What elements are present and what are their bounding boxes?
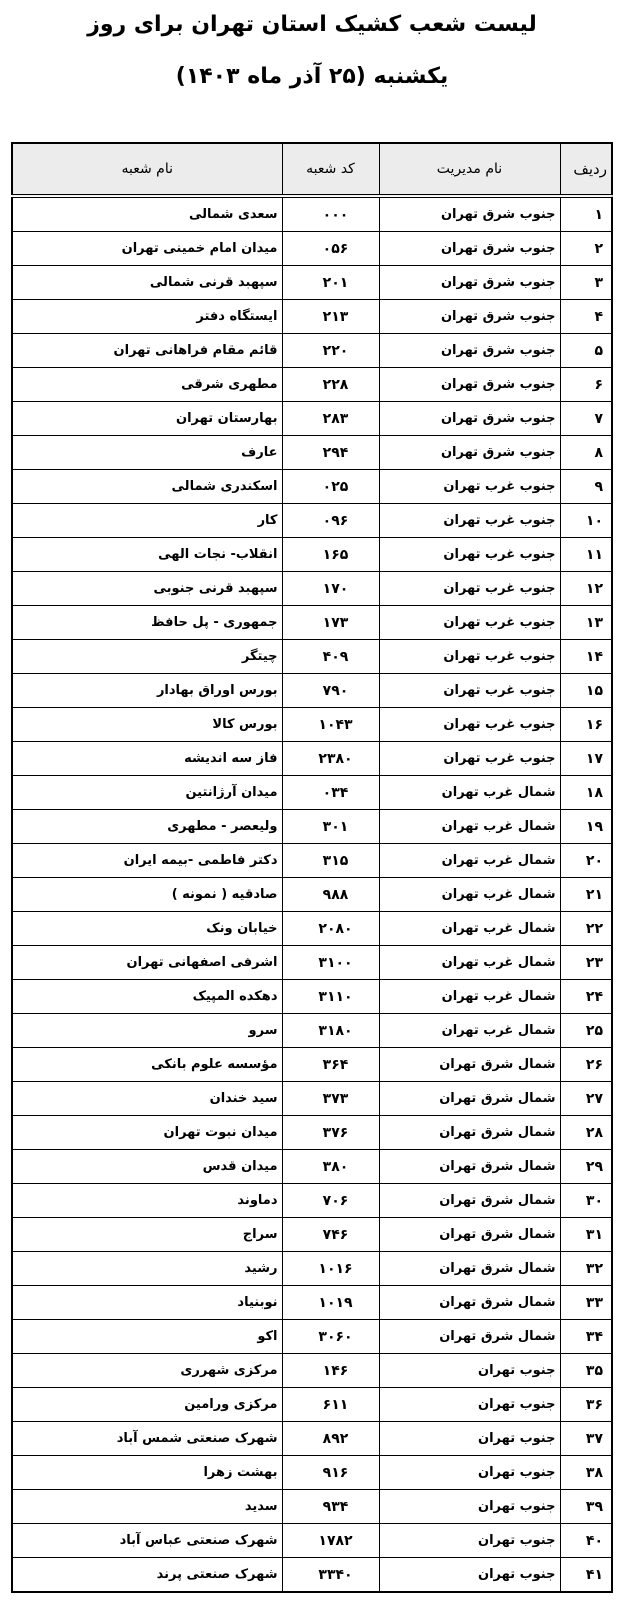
row-branch-name: اشرفی اصفهانی تهران bbox=[12, 946, 282, 980]
row-index: ۳۹ bbox=[560, 1490, 612, 1524]
row-management: جنوب غرب تهران bbox=[379, 674, 560, 708]
row-index: ۲ bbox=[560, 232, 612, 266]
row-management: جنوب شرق تهران bbox=[379, 300, 560, 334]
row-branch-name: مؤسسه علوم بانکی bbox=[12, 1048, 282, 1082]
row-management: شمال شرق تهران bbox=[379, 1184, 560, 1218]
table-row: ۶جنوب شرق تهران۲۲۸مطهری شرقی bbox=[12, 368, 612, 402]
row-index: ۲۹ bbox=[560, 1150, 612, 1184]
row-index: ۶ bbox=[560, 368, 612, 402]
table-row: ۱۱جنوب غرب تهران۱۶۵انقلاب- نجات الهی bbox=[12, 538, 612, 572]
row-branch-code: ۱۰۴۳ bbox=[282, 708, 379, 742]
row-management: شمال غرب تهران bbox=[379, 776, 560, 810]
row-index: ۱۳ bbox=[560, 606, 612, 640]
row-branch-name: خیابان ونک bbox=[12, 912, 282, 946]
row-branch-code: ۳۱۱۰ bbox=[282, 980, 379, 1014]
table-row: ۲۱شمال غرب تهران۹۸۸صادقیه ( نمونه ) bbox=[12, 878, 612, 912]
row-branch-code: ۳۶۴ bbox=[282, 1048, 379, 1082]
table-row: ۱۶جنوب غرب تهران۱۰۴۳بورس کالا bbox=[12, 708, 612, 742]
row-branch-name: مرکزی شهرری bbox=[12, 1354, 282, 1388]
table-row: ۷جنوب شرق تهران۲۸۳بهارستان تهران bbox=[12, 402, 612, 436]
row-index: ۲۰ bbox=[560, 844, 612, 878]
header-management: نام مدیریت bbox=[379, 143, 560, 196]
row-management: شمال غرب تهران bbox=[379, 810, 560, 844]
document-title: لیست شعب کشیک استان تهران برای روز bbox=[0, 10, 624, 40]
row-index: ۱۴ bbox=[560, 640, 612, 674]
row-branch-code: ۳۱۰۰ bbox=[282, 946, 379, 980]
row-branch-name: جمهوری - پل حافظ bbox=[12, 606, 282, 640]
row-management: شمال شرق تهران bbox=[379, 1286, 560, 1320]
header-branch-code: کد شعبه bbox=[282, 143, 379, 196]
row-management: جنوب تهران bbox=[379, 1558, 560, 1593]
table-row: ۳۶جنوب تهران۶۱۱مرکزی ورامین bbox=[12, 1388, 612, 1422]
row-index: ۳۶ bbox=[560, 1388, 612, 1422]
row-branch-name: مطهری شرقی bbox=[12, 368, 282, 402]
row-index: ۳۲ bbox=[560, 1252, 612, 1286]
row-branch-name: سید خندان bbox=[12, 1082, 282, 1116]
row-branch-name: مرکزی ورامین bbox=[12, 1388, 282, 1422]
row-management: جنوب غرب تهران bbox=[379, 470, 560, 504]
row-index: ۸ bbox=[560, 436, 612, 470]
row-branch-name: بهشت زهرا bbox=[12, 1456, 282, 1490]
row-branch-code: ۳۱۸۰ bbox=[282, 1014, 379, 1048]
row-branch-name: سدید bbox=[12, 1490, 282, 1524]
row-branch-name: فاز سه اندیشه bbox=[12, 742, 282, 776]
row-branch-name: میدان امام خمینی تهران bbox=[12, 232, 282, 266]
table-row: ۲۵شمال غرب تهران۳۱۸۰سرو bbox=[12, 1014, 612, 1048]
table-body: ۱جنوب شرق تهران۰۰۰سعدی شمالی۲جنوب شرق ته… bbox=[12, 196, 612, 1592]
row-management: جنوب غرب تهران bbox=[379, 606, 560, 640]
row-index: ۳۷ bbox=[560, 1422, 612, 1456]
row-branch-name: دهکده المپیک bbox=[12, 980, 282, 1014]
row-management: شمال شرق تهران bbox=[379, 1048, 560, 1082]
row-management: شمال شرق تهران bbox=[379, 1252, 560, 1286]
row-branch-name: قائم مقام فراهانی تهران bbox=[12, 334, 282, 368]
row-index: ۱۶ bbox=[560, 708, 612, 742]
table-row: ۲۷شمال شرق تهران۳۷۳سید خندان bbox=[12, 1082, 612, 1116]
row-branch-code: ۲۲۰ bbox=[282, 334, 379, 368]
row-branch-code: ۷۹۰ bbox=[282, 674, 379, 708]
row-management: شمال شرق تهران bbox=[379, 1116, 560, 1150]
row-index: ۱۲ bbox=[560, 572, 612, 606]
row-branch-name: میدان آرژانتین bbox=[12, 776, 282, 810]
header-index: ردیف bbox=[560, 143, 612, 196]
row-branch-code: ۷۰۶ bbox=[282, 1184, 379, 1218]
row-management: جنوب تهران bbox=[379, 1422, 560, 1456]
row-management: جنوب شرق تهران bbox=[379, 232, 560, 266]
row-branch-code: ۰۰۰ bbox=[282, 196, 379, 232]
table-row: ۸جنوب شرق تهران۲۹۴عارف bbox=[12, 436, 612, 470]
row-management: جنوب غرب تهران bbox=[379, 640, 560, 674]
row-branch-name: ولیعصر - مطهری bbox=[12, 810, 282, 844]
row-index: ۱۸ bbox=[560, 776, 612, 810]
row-index: ۳ bbox=[560, 266, 612, 300]
row-branch-name: شهرک صنعتی عباس آباد bbox=[12, 1524, 282, 1558]
row-branch-code: ۲۲۸ bbox=[282, 368, 379, 402]
row-branch-code: ۱۴۶ bbox=[282, 1354, 379, 1388]
row-branch-name: اکو bbox=[12, 1320, 282, 1354]
row-management: جنوب غرب تهران bbox=[379, 572, 560, 606]
row-branch-code: ۰۵۶ bbox=[282, 232, 379, 266]
row-index: ۳۵ bbox=[560, 1354, 612, 1388]
table-row: ۳۲شمال شرق تهران۱۰۱۶رشید bbox=[12, 1252, 612, 1286]
table-row: ۲۳شمال غرب تهران۳۱۰۰اشرفی اصفهانی تهران bbox=[12, 946, 612, 980]
row-branch-code: ۱۶۵ bbox=[282, 538, 379, 572]
row-branch-name: سعدی شمالی bbox=[12, 196, 282, 232]
row-management: جنوب تهران bbox=[379, 1456, 560, 1490]
row-branch-code: ۴۰۹ bbox=[282, 640, 379, 674]
row-branch-name: اسکندری شمالی bbox=[12, 470, 282, 504]
row-management: جنوب تهران bbox=[379, 1490, 560, 1524]
table-row: ۳۹جنوب تهران۹۳۴سدید bbox=[12, 1490, 612, 1524]
table-row: ۱۰جنوب غرب تهران۰۹۶کار bbox=[12, 504, 612, 538]
table-row: ۳۰شمال شرق تهران۷۰۶دماوند bbox=[12, 1184, 612, 1218]
row-index: ۹ bbox=[560, 470, 612, 504]
row-branch-name: بورس کالا bbox=[12, 708, 282, 742]
row-management: جنوب شرق تهران bbox=[379, 436, 560, 470]
table-row: ۵جنوب شرق تهران۲۲۰قائم مقام فراهانی تهرا… bbox=[12, 334, 612, 368]
row-branch-code: ۳۷۶ bbox=[282, 1116, 379, 1150]
row-management: شمال غرب تهران bbox=[379, 878, 560, 912]
row-index: ۲۸ bbox=[560, 1116, 612, 1150]
row-index: ۷ bbox=[560, 402, 612, 436]
row-branch-code: ۰۹۶ bbox=[282, 504, 379, 538]
table-row: ۱۲جنوب غرب تهران۱۷۰سپهبد قرنی جنوبی bbox=[12, 572, 612, 606]
row-branch-name: چیتگر bbox=[12, 640, 282, 674]
table-row: ۳۳شمال شرق تهران۱۰۱۹نوبنیاد bbox=[12, 1286, 612, 1320]
table-row: ۳۴شمال شرق تهران۳۰۶۰اکو bbox=[12, 1320, 612, 1354]
row-branch-code: ۱۷۸۲ bbox=[282, 1524, 379, 1558]
row-index: ۱ bbox=[560, 196, 612, 232]
row-branch-name: انقلاب- نجات الهی bbox=[12, 538, 282, 572]
row-branch-code: ۱۷۰ bbox=[282, 572, 379, 606]
header-branch-name: نام شعبه bbox=[12, 143, 282, 196]
row-branch-code: ۱۰۱۹ bbox=[282, 1286, 379, 1320]
row-management: شمال شرق تهران bbox=[379, 1218, 560, 1252]
row-branch-name: صادقیه ( نمونه ) bbox=[12, 878, 282, 912]
row-branch-code: ۲۹۴ bbox=[282, 436, 379, 470]
row-management: شمال غرب تهران bbox=[379, 1014, 560, 1048]
row-index: ۴۱ bbox=[560, 1558, 612, 1593]
row-branch-code: ۲۸۳ bbox=[282, 402, 379, 436]
row-management: شمال غرب تهران bbox=[379, 946, 560, 980]
row-branch-code: ۰۳۴ bbox=[282, 776, 379, 810]
row-index: ۵ bbox=[560, 334, 612, 368]
table-row: ۳۱شمال شرق تهران۷۴۶سراج bbox=[12, 1218, 612, 1252]
row-branch-name: دماوند bbox=[12, 1184, 282, 1218]
row-management: شمال غرب تهران bbox=[379, 844, 560, 878]
row-index: ۱۹ bbox=[560, 810, 612, 844]
row-branch-name: شهرک صنعتی شمس آباد bbox=[12, 1422, 282, 1456]
row-branch-name: بورس اوراق بهادار bbox=[12, 674, 282, 708]
row-branch-code: ۸۹۲ bbox=[282, 1422, 379, 1456]
row-index: ۲۴ bbox=[560, 980, 612, 1014]
row-branch-name: سپهبد قرنی شمالی bbox=[12, 266, 282, 300]
row-branch-name: سپهبد قرنی جنوبی bbox=[12, 572, 282, 606]
row-management: جنوب تهران bbox=[379, 1524, 560, 1558]
row-management: شمال شرق تهران bbox=[379, 1082, 560, 1116]
table-row: ۲جنوب شرق تهران۰۵۶میدان امام خمینی تهران bbox=[12, 232, 612, 266]
row-branch-name: سراج bbox=[12, 1218, 282, 1252]
row-index: ۱۰ bbox=[560, 504, 612, 538]
row-branch-name: رشید bbox=[12, 1252, 282, 1286]
row-branch-code: ۹۱۶ bbox=[282, 1456, 379, 1490]
row-management: جنوب غرب تهران bbox=[379, 708, 560, 742]
row-index: ۲۵ bbox=[560, 1014, 612, 1048]
table-row: ۱۳جنوب غرب تهران۱۷۳جمهوری - پل حافظ bbox=[12, 606, 612, 640]
row-index: ۴ bbox=[560, 300, 612, 334]
row-management: شمال غرب تهران bbox=[379, 980, 560, 1014]
table-row: ۱۹شمال غرب تهران۳۰۱ولیعصر - مطهری bbox=[12, 810, 612, 844]
row-branch-code: ۲۱۳ bbox=[282, 300, 379, 334]
row-index: ۴۰ bbox=[560, 1524, 612, 1558]
table-row: ۱۵جنوب غرب تهران۷۹۰بورس اوراق بهادار bbox=[12, 674, 612, 708]
row-branch-code: ۰۲۵ bbox=[282, 470, 379, 504]
row-branch-code: ۱۰۱۶ bbox=[282, 1252, 379, 1286]
on-call-branches-table: ردیف نام مدیریت کد شعبه نام شعبه ۱جنوب ش… bbox=[11, 142, 613, 1593]
row-management: جنوب غرب تهران bbox=[379, 504, 560, 538]
row-branch-code: ۳۰۶۰ bbox=[282, 1320, 379, 1354]
row-branch-code: ۲۰۱ bbox=[282, 266, 379, 300]
row-branch-name: عارف bbox=[12, 436, 282, 470]
row-management: جنوب غرب تهران bbox=[379, 742, 560, 776]
table-row: ۲۰شمال غرب تهران۳۱۵دکتر فاطمی -بیمه ایرا… bbox=[12, 844, 612, 878]
table-row: ۲۹شمال شرق تهران۳۸۰میدان قدس bbox=[12, 1150, 612, 1184]
table-header-row: ردیف نام مدیریت کد شعبه نام شعبه bbox=[12, 143, 612, 196]
row-index: ۳۱ bbox=[560, 1218, 612, 1252]
table-row: ۳۵جنوب تهران۱۴۶مرکزی شهرری bbox=[12, 1354, 612, 1388]
table-row: ۴جنوب شرق تهران۲۱۳ایستگاه دفتر bbox=[12, 300, 612, 334]
table-row: ۳۸جنوب تهران۹۱۶بهشت زهرا bbox=[12, 1456, 612, 1490]
row-management: جنوب تهران bbox=[379, 1354, 560, 1388]
row-management: جنوب شرق تهران bbox=[379, 402, 560, 436]
table-row: ۴۰جنوب تهران۱۷۸۲شهرک صنعتی عباس آباد bbox=[12, 1524, 612, 1558]
row-index: ۳۸ bbox=[560, 1456, 612, 1490]
row-branch-name: نوبنیاد bbox=[12, 1286, 282, 1320]
row-branch-name: کار bbox=[12, 504, 282, 538]
table-row: ۲۸شمال شرق تهران۳۷۶میدان نبوت تهران bbox=[12, 1116, 612, 1150]
row-index: ۱۵ bbox=[560, 674, 612, 708]
table-row: ۱۷جنوب غرب تهران۲۳۸۰فاز سه اندیشه bbox=[12, 742, 612, 776]
row-index: ۱۷ bbox=[560, 742, 612, 776]
row-branch-code: ۳۷۳ bbox=[282, 1082, 379, 1116]
table-row: ۱جنوب شرق تهران۰۰۰سعدی شمالی bbox=[12, 196, 612, 232]
row-management: جنوب شرق تهران bbox=[379, 368, 560, 402]
row-index: ۲۱ bbox=[560, 878, 612, 912]
table-row: ۴۱جنوب تهران۳۳۴۰شهرک صنعتی پرند bbox=[12, 1558, 612, 1593]
table-row: ۱۸شمال غرب تهران۰۳۴میدان آرژانتین bbox=[12, 776, 612, 810]
row-branch-code: ۹۸۸ bbox=[282, 878, 379, 912]
row-index: ۲۳ bbox=[560, 946, 612, 980]
table-row: ۳۷جنوب تهران۸۹۲شهرک صنعتی شمس آباد bbox=[12, 1422, 612, 1456]
row-branch-code: ۷۴۶ bbox=[282, 1218, 379, 1252]
row-branch-code: ۳۸۰ bbox=[282, 1150, 379, 1184]
row-management: شمال غرب تهران bbox=[379, 912, 560, 946]
row-index: ۳۳ bbox=[560, 1286, 612, 1320]
row-branch-name: دکتر فاطمی -بیمه ایران bbox=[12, 844, 282, 878]
row-index: ۲۲ bbox=[560, 912, 612, 946]
row-index: ۳۴ bbox=[560, 1320, 612, 1354]
row-index: ۳۰ bbox=[560, 1184, 612, 1218]
table-row: ۲۴شمال غرب تهران۳۱۱۰دهکده المپیک bbox=[12, 980, 612, 1014]
table-row: ۱۴جنوب غرب تهران۴۰۹چیتگر bbox=[12, 640, 612, 674]
row-branch-name: ایستگاه دفتر bbox=[12, 300, 282, 334]
row-branch-code: ۳۳۴۰ bbox=[282, 1558, 379, 1593]
row-index: ۱۱ bbox=[560, 538, 612, 572]
row-branch-name: میدان قدس bbox=[12, 1150, 282, 1184]
row-management: شمال شرق تهران bbox=[379, 1320, 560, 1354]
row-branch-code: ۳۰۱ bbox=[282, 810, 379, 844]
row-branch-name: شهرک صنعتی پرند bbox=[12, 1558, 282, 1593]
row-management: جنوب تهران bbox=[379, 1388, 560, 1422]
table-row: ۳جنوب شرق تهران۲۰۱سپهبد قرنی شمالی bbox=[12, 266, 612, 300]
document-subtitle-date: یکشنبه (۲۵ آذر ماه ۱۴۰۳) bbox=[0, 62, 624, 92]
row-management: جنوب شرق تهران bbox=[379, 266, 560, 300]
row-branch-name: میدان نبوت تهران bbox=[12, 1116, 282, 1150]
row-management: جنوب شرق تهران bbox=[379, 196, 560, 232]
table-row: ۲۶شمال شرق تهران۳۶۴مؤسسه علوم بانکی bbox=[12, 1048, 612, 1082]
row-branch-code: ۳۱۵ bbox=[282, 844, 379, 878]
row-branch-name: سرو bbox=[12, 1014, 282, 1048]
row-index: ۲۷ bbox=[560, 1082, 612, 1116]
row-branch-code: ۲۳۸۰ bbox=[282, 742, 379, 776]
row-management: شمال شرق تهران bbox=[379, 1150, 560, 1184]
row-branch-code: ۹۳۴ bbox=[282, 1490, 379, 1524]
row-management: جنوب غرب تهران bbox=[379, 538, 560, 572]
row-branch-code: ۶۱۱ bbox=[282, 1388, 379, 1422]
branches-table-container: ردیف نام مدیریت کد شعبه نام شعبه ۱جنوب ش… bbox=[11, 142, 611, 1593]
row-index: ۲۶ bbox=[560, 1048, 612, 1082]
row-branch-code: ۱۷۳ bbox=[282, 606, 379, 640]
table-row: ۹جنوب غرب تهران۰۲۵اسکندری شمالی bbox=[12, 470, 612, 504]
row-branch-name: بهارستان تهران bbox=[12, 402, 282, 436]
table-row: ۲۲شمال غرب تهران۲۰۸۰خیابان ونک bbox=[12, 912, 612, 946]
row-branch-code: ۲۰۸۰ bbox=[282, 912, 379, 946]
row-management: جنوب شرق تهران bbox=[379, 334, 560, 368]
